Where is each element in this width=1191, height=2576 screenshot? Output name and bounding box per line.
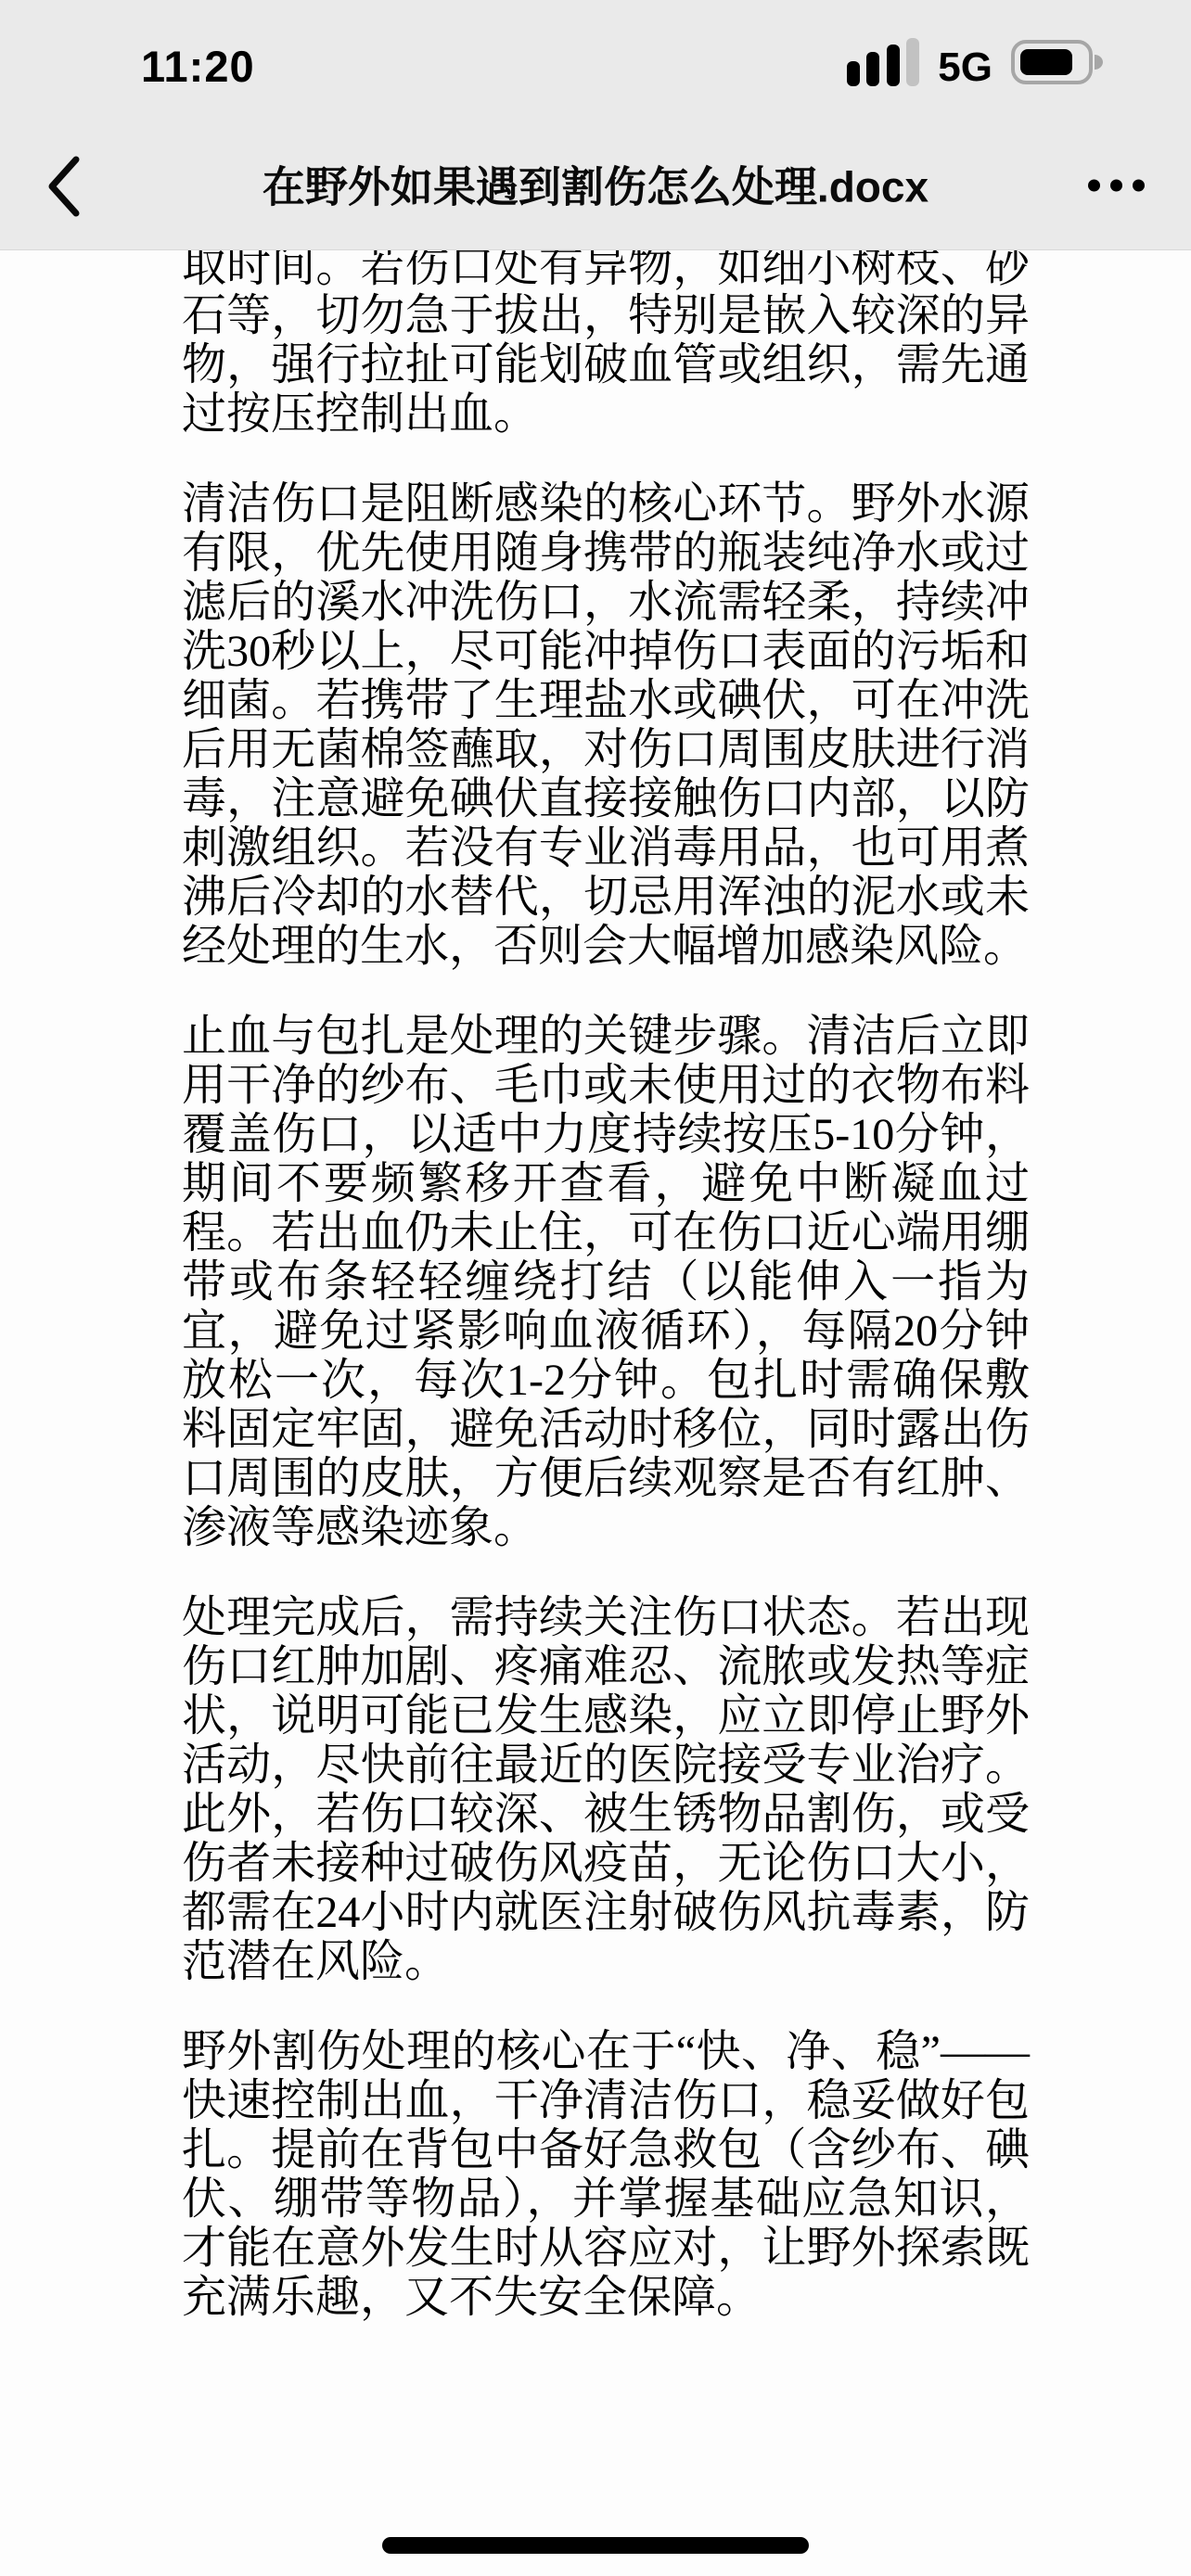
ellipsis-dot — [1110, 180, 1122, 192]
phone-screen: 11:20 5G — [0, 0, 1191, 2576]
status-icons: 5G — [847, 41, 1104, 91]
ellipsis-dot — [1133, 180, 1145, 192]
header: 11:20 5G — [0, 0, 1191, 250]
document-viewer[interactable]: 取时间。若伤口处有异物，如细小树枝、砂石等，切勿急于拔出，特别是嵌入较深的异物，… — [0, 250, 1191, 2576]
paragraph: 处理完成后，需持续关注伤口状态。若出现伤口红肿加剧、疼痛难忍、流脓或发热等症状，… — [182, 1593, 1030, 1986]
document-text: 取时间。若伤口处有异物，如细小树枝、砂石等，切勿急于拔出，特别是嵌入较深的异物，… — [0, 250, 1191, 2322]
document-title: 在野外如果遇到割伤怎么处理.docx — [158, 154, 1033, 215]
network-type-label: 5G — [938, 45, 992, 91]
home-indicator[interactable] — [382, 2537, 809, 2554]
back-button[interactable] — [46, 156, 83, 217]
back-chevron-icon — [46, 205, 83, 221]
more-options-button[interactable] — [1084, 167, 1148, 205]
cellular-signal-icon — [847, 38, 919, 91]
paragraph: 取时间。若伤口处有异物，如细小树枝、砂石等，切勿急于拔出，特别是嵌入较深的异物，… — [182, 250, 1030, 439]
paragraph: 止血与包扎是处理的关键步骤。清洁后立即用干净的纱布、毛巾或未使用过的衣物布料覆盖… — [182, 1012, 1030, 1552]
paragraph: 野外割伤处理的核心在于“快、净、稳”——快速控制出血，干净清洁伤口，稳妥做好包扎… — [182, 2027, 1030, 2322]
battery-icon — [1011, 38, 1104, 91]
ellipsis-dot — [1088, 180, 1100, 192]
paragraph: 清洁伤口是阻断感染的核心环节。野外水源有限，优先使用随身携带的瓶装纯净水或过滤后… — [182, 479, 1030, 971]
nav-bar: 在野外如果遇到割伤怎么处理.docx — [0, 121, 1191, 250]
status-time: 11:20 — [141, 41, 255, 92]
